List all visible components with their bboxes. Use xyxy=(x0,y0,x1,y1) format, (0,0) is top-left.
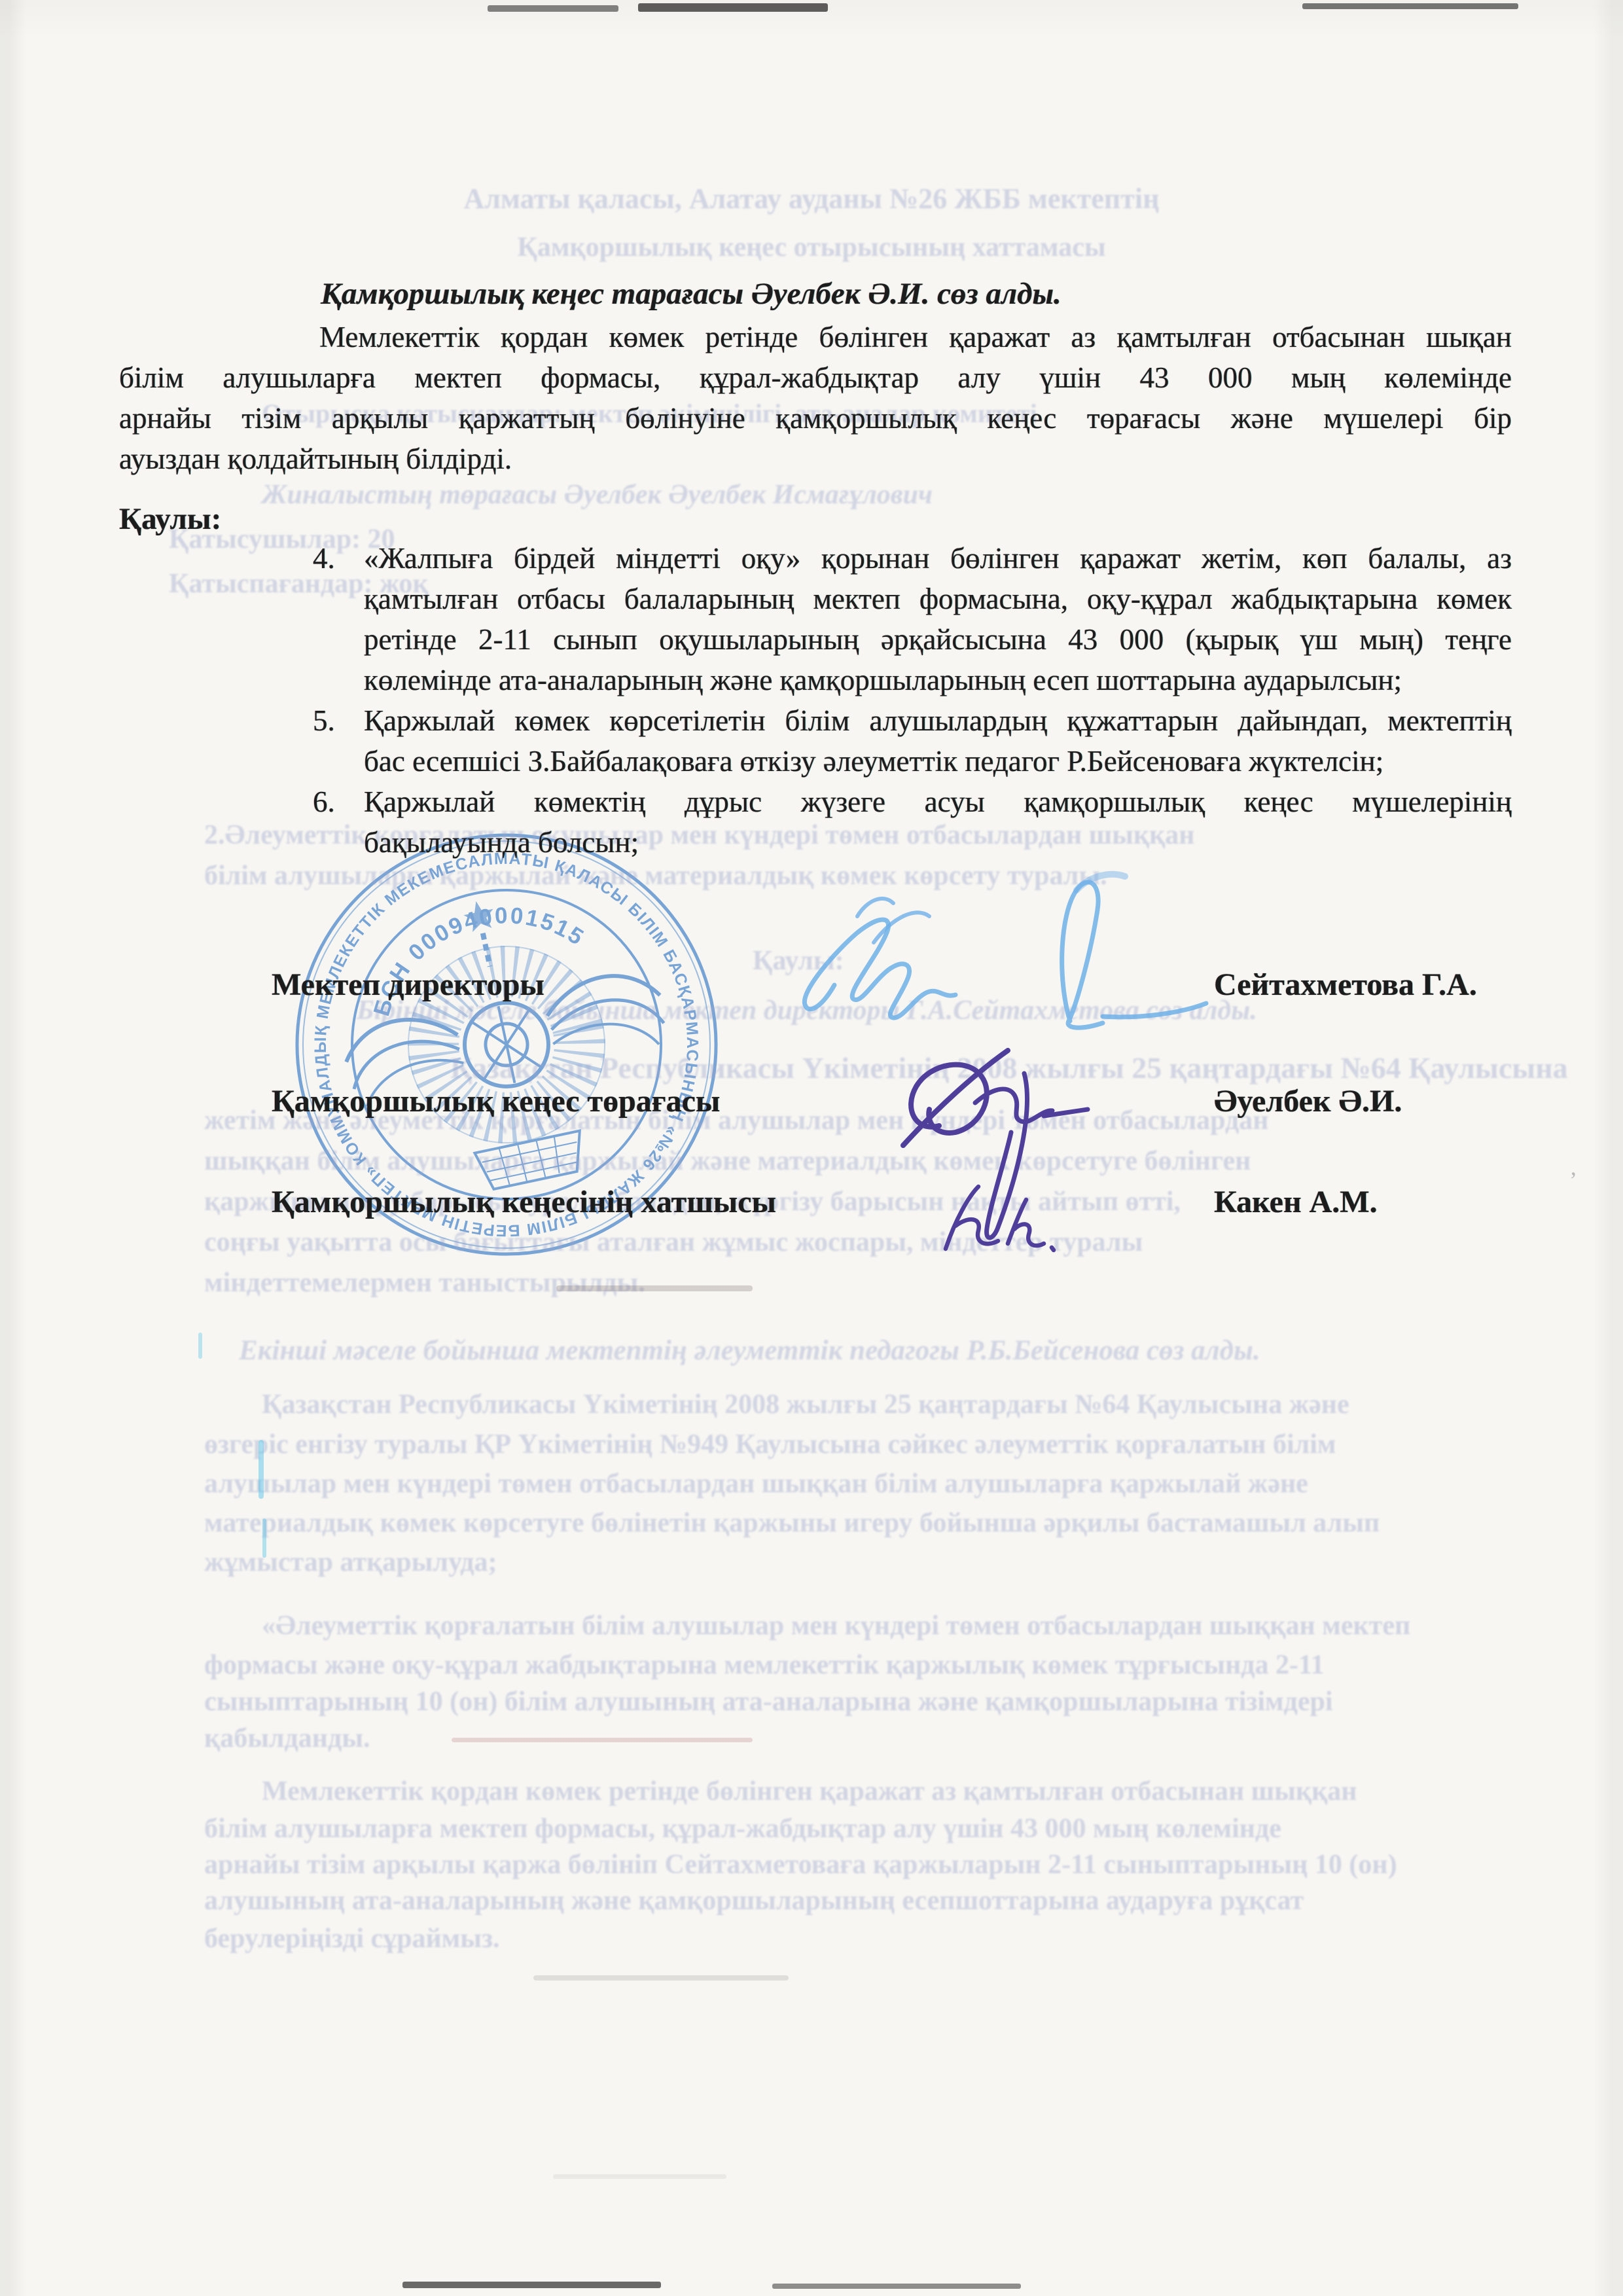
signatures-layer xyxy=(0,0,1623,2296)
document-page: Алматы қаласы, Алатау ауданы №26 ЖББ мек… xyxy=(0,0,1623,2296)
secretary-signature xyxy=(916,1170,1067,1268)
director-signature xyxy=(795,854,1221,1037)
